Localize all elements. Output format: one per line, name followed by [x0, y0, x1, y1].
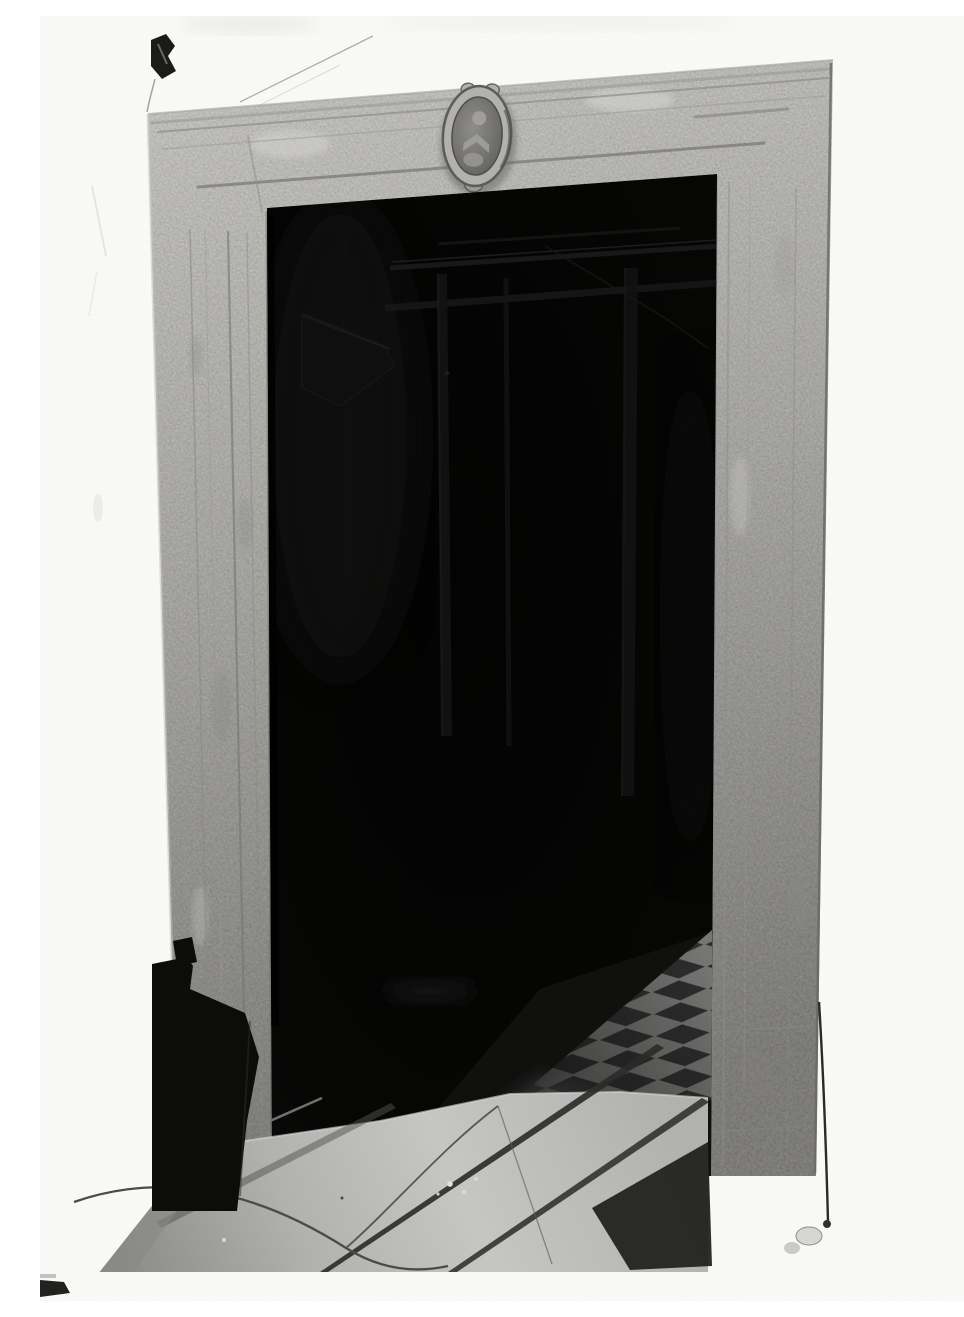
- portal-photo-canvas: [40, 16, 964, 1301]
- photograph: [40, 16, 964, 1301]
- photo-grain: [40, 16, 964, 1301]
